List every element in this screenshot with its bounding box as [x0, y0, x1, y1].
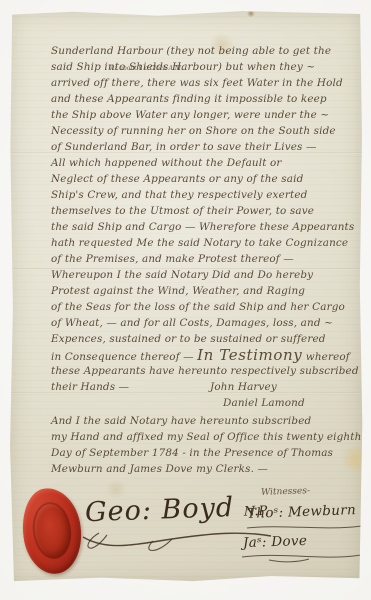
manuscript-line: arrived off there, there was six feet Wa… — [51, 75, 353, 91]
manuscript-line: the said Ship and Cargo — Wherefore thes… — [51, 219, 353, 235]
witness-underline — [239, 551, 365, 563]
manuscript-line: Expences, sustained or to be sustained o… — [51, 331, 353, 347]
testimony-emphasis: In Testimony — [197, 346, 302, 364]
notary-clause-line: my Hand and affixed my Seal of Office th… — [51, 429, 353, 445]
manuscript-line: Neglect of these Appearants or any of th… — [51, 171, 353, 187]
stain-spot — [247, 10, 255, 17]
manuscript-line: the Ship above Water any longer, were un… — [51, 107, 353, 123]
hands-label: their Hands — — [51, 381, 129, 393]
signature-daniel-lamond: Daniel Lamond — [223, 395, 305, 411]
signature-row: Daniel Lamond — [51, 395, 353, 413]
wax-seal-emboss — [29, 500, 74, 561]
notary-clause-line: Day of September 1784 - in the Presence … — [51, 445, 353, 461]
signature-john-harvey: John Harvey — [210, 379, 277, 395]
witness-underline — [245, 522, 363, 532]
testimony-post: whereof — [302, 351, 349, 363]
manuscript-line: All which happened without the Default o… — [51, 155, 353, 171]
manuscript-line: themselves to the Utmost of their Power,… — [51, 203, 353, 219]
notary-clause-line: Mewburn and James Dove my Clerks. — — [51, 461, 353, 477]
manuscript-text: viz about 8 o'Clock A.M. Sunderland Harb… — [51, 43, 353, 477]
hands-signature-row: their Hands — John Harvey — [51, 379, 353, 395]
notary-clause-line: And I the said Notary have hereunto subs… — [51, 413, 353, 429]
wax-seal — [18, 485, 86, 577]
notary-signature-name: Geo: Boyd — [85, 492, 235, 528]
manuscript-line: Necessity of running her on Shore on the… — [51, 123, 353, 139]
notary-signature-geo-boyd: Geo: Boyd N.P. — [85, 491, 270, 528]
manuscript-line-testimony: in Consequence thereof — In Testimony wh… — [51, 347, 353, 363]
photo-background: viz about 8 o'Clock A.M. Sunderland Harb… — [0, 0, 371, 600]
manuscript-line: Ship's Crew, and that they respectively … — [51, 187, 353, 203]
manuscript-line: hath requested Me the said Notary to tak… — [51, 235, 353, 251]
manuscript-line: of Sunderland Bar, in order to save thei… — [51, 139, 353, 155]
manuscript-line: of the Seas for the loss of the said Shi… — [51, 299, 353, 315]
witness-signature-mewburn: Thoˢ: Mewburn — [247, 502, 356, 522]
manuscript-line: Whereupon I the said Notary Did and Do h… — [51, 267, 353, 283]
manuscript-line: Sunderland Harbour (they not being able … — [51, 43, 353, 59]
testimony-pre: in Consequence thereof — — [51, 351, 197, 363]
manuscript-line: and these Appearants finding it impossib… — [51, 91, 353, 107]
manuscript-line: these Appearants have hereunto respectiv… — [51, 363, 353, 379]
manuscript-line: of Wheat, — and for all Costs, Damages, … — [51, 315, 353, 331]
manuscript-line: said Ship into Shields Harbour) but when… — [51, 59, 353, 75]
document-paper: viz about 8 o'Clock A.M. Sunderland Harb… — [9, 10, 363, 584]
manuscript-line: of the Premises, and make Protest thereo… — [51, 251, 353, 267]
interlinear-insertion: viz about 8 o'Clock A.M. — [109, 66, 183, 72]
manuscript-line: Protest against the Wind, Weather, and R… — [51, 283, 353, 299]
witness-signature-dove: Jaˢ: Dove — [243, 533, 308, 551]
